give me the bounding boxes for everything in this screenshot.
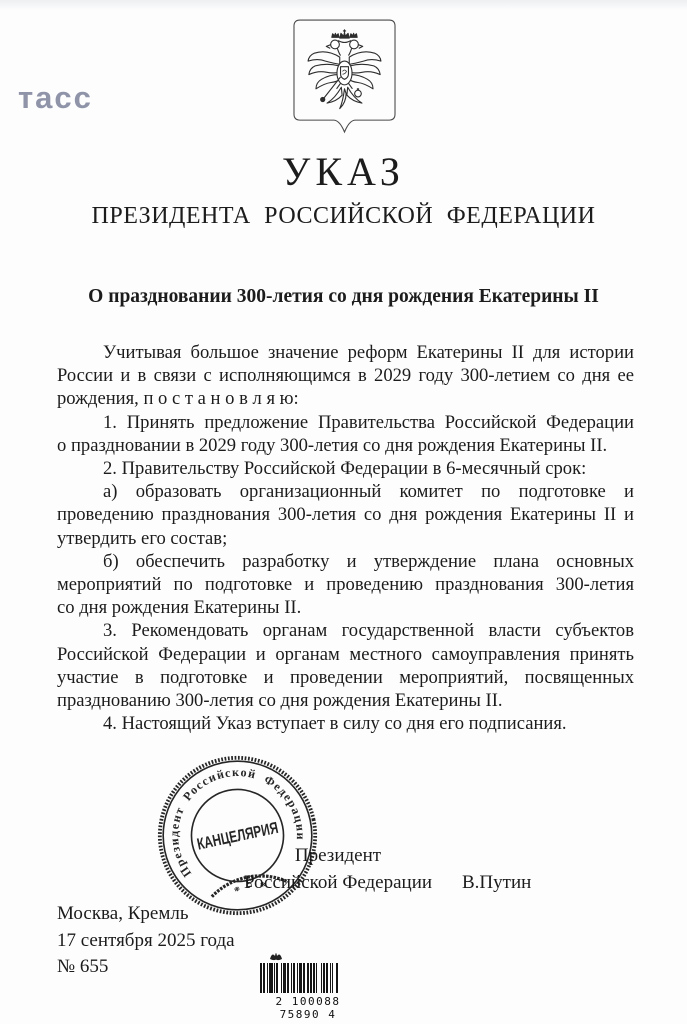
decree-subject-heading: О праздновании 300-летия со дня рождения… [0, 286, 687, 308]
barcode-digits: 2 100088 75890 4 [256, 995, 360, 1021]
russian-coat-of-arms-icon [293, 19, 396, 141]
signature-name: В.Путин [462, 872, 531, 894]
paragraph: 1. Принять предложение Правительства Рос… [57, 411, 634, 457]
paragraph-line: 3. Рекомендовать органам государственной… [57, 619, 634, 642]
paragraph-line: рождения, п о с т а н о в л я ю: [57, 387, 634, 410]
paragraph-line: утвердить его состав; [57, 527, 634, 550]
tass-watermark-logo: тасс [18, 82, 93, 113]
issuance-date: 17 сентября 2025 года [57, 928, 235, 955]
paragraph: 3. Рекомендовать органам государственной… [57, 619, 634, 712]
paragraph: Учитывая большое значение реформ Екатери… [57, 341, 634, 411]
paragraph-line: Учитывая большое значение реформ Екатери… [57, 341, 634, 364]
barcode-gap [338, 963, 339, 993]
paragraph: б) обеспечить разработку и утверждение п… [57, 550, 634, 620]
paragraph: 2. Правительству Российской Федерации в … [57, 457, 634, 480]
paragraph-line: России и в связи с исполняющимся в 2029 … [57, 364, 634, 387]
stamp-center-text: КАНЦЕЛЯРИЯ [195, 819, 279, 854]
paragraph-line: 4. Настоящий Указ вступает в силу со дня… [57, 712, 634, 735]
paragraph: 4. Настоящий Указ вступает в силу со дня… [57, 712, 634, 735]
decree-body: Учитывая большое значение реформ Екатери… [57, 341, 634, 735]
decree-number: № 655 [57, 954, 235, 981]
paragraph-line: проведению празднования 300-летия со дня… [57, 503, 634, 526]
paragraph-line: б) обеспечить разработку и утверждение п… [57, 550, 634, 573]
paragraph-line: празднованию 300-летия со дня рождения Е… [57, 689, 634, 712]
svg-text:Президент Российской Федерации: Президент Российской Федерации [154, 752, 313, 882]
paragraph-line: Российской Федерации и органам местного … [57, 643, 634, 666]
paragraph-line: участие в подготовке и проведении меропр… [57, 666, 634, 689]
paragraph-line: 1. Принять предложение Правительства Рос… [57, 411, 634, 434]
paragraph-line: о праздновании в 2029 году 300-летия со … [57, 434, 634, 457]
decree-subtitle: ПРЕЗИДЕНТА РОССИЙСКОЙ ФЕДЕРАЦИИ [0, 203, 687, 230]
decree-document-page: тасс [0, 0, 687, 1024]
paragraph: а) образовать организационный комитет по… [57, 480, 634, 550]
paragraph-line: 2. Правительству Российской Федерации в … [57, 457, 634, 480]
decree-title: УКАЗ [0, 150, 687, 194]
paragraph-line: а) образовать организационный комитет по… [57, 480, 634, 503]
barcode-eagle-mark-icon [268, 950, 284, 961]
paragraph-line: со дня рождения Екатерины II. [57, 596, 634, 619]
paragraph-line: мероприятий по подготовке и проведению п… [57, 573, 634, 596]
chancellery-round-stamp: Президент Российской Федерации * 5 * КАН… [141, 739, 334, 932]
barcode-bars [260, 963, 339, 993]
stamp-ring-text: Президент Российской Федерации [154, 752, 313, 882]
